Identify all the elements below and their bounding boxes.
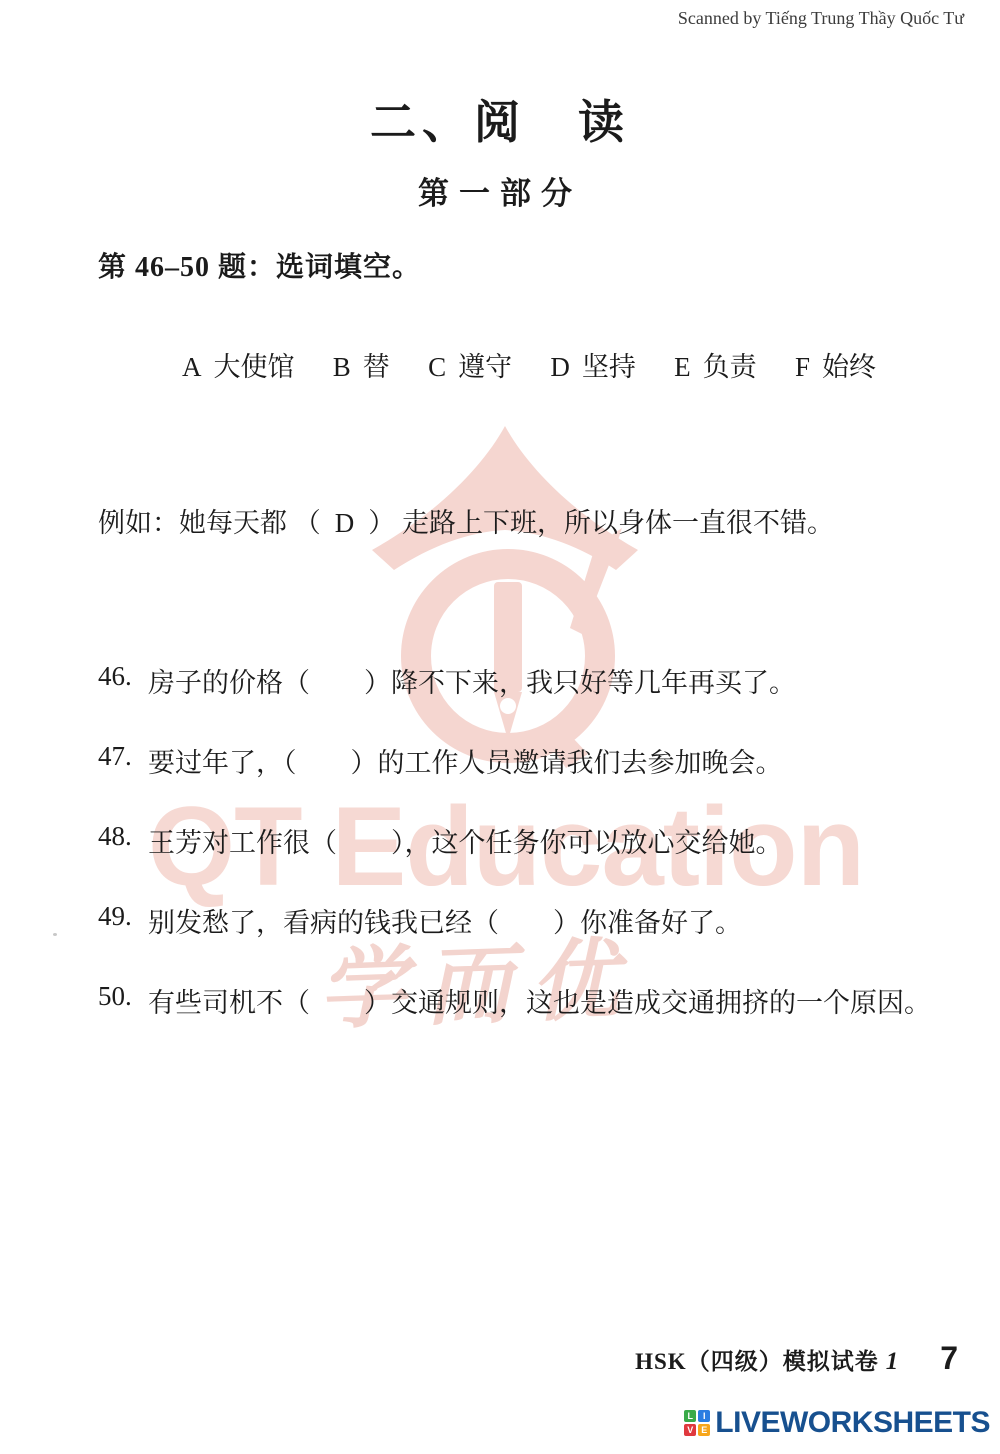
page-number: 7 — [940, 1340, 958, 1377]
question-46-number: 46. — [98, 661, 148, 700]
example-answer: D — [321, 508, 369, 538]
question-50-number: 50. — [98, 981, 148, 1020]
option-d-word: 坚持 — [582, 352, 636, 382]
question-49: 49. 别发愁了，看病的钱我已经（ ）你准备好了。 — [98, 901, 742, 940]
booklet-title: HSK（四级）模拟试卷 — [635, 1343, 879, 1376]
option-a-letter: A — [182, 352, 202, 382]
booklet-number: 1 — [886, 1348, 899, 1376]
option-b-letter: B — [333, 352, 351, 382]
liveworksheets-logo[interactable]: L I V E LIVEWORKSHEETS — [684, 1406, 990, 1440]
option-c-word: 遵守 — [458, 352, 512, 382]
option-e: E负责 — [674, 345, 757, 384]
option-d: D坚持 — [550, 345, 636, 384]
word-options-row: A大使馆 B替 C遵守 D坚持 E负责 F始终 — [182, 345, 876, 384]
page-footer: HSK（四级）模拟试卷 1 7 — [635, 1340, 958, 1377]
logo-square-e: E — [698, 1424, 710, 1436]
part-subtitle: 第一部分 — [0, 168, 1000, 213]
option-b: B替 — [333, 345, 390, 384]
question-47: 47. 要过年了，（ ）的工作人员邀请我们去参加晚会。 — [98, 741, 783, 780]
liveworksheets-wordmark: LIVEWORKSHEETS — [715, 1406, 990, 1440]
example-suffix: ） 走路上下班，所以身体一直很不错。 — [368, 508, 834, 538]
option-c: C遵守 — [428, 345, 512, 384]
question-47-number: 47. — [98, 741, 148, 780]
option-a: A大使馆 — [182, 345, 295, 384]
question-46: 46. 房子的价格（ ）降不下来，我只好等几年再买了。 — [98, 661, 796, 700]
question-49-number: 49. — [98, 901, 148, 940]
section-title: 二、阅 读 — [0, 86, 1000, 152]
scanned-exam-page: QT Education 学而优 Scanned by Tiếng Trung … — [0, 0, 1000, 1454]
option-b-word: 替 — [363, 352, 390, 382]
option-e-word: 负责 — [703, 352, 757, 382]
example-prefix: 例如：她每天都 （ — [98, 508, 321, 538]
question-50: 50. 有些司机不（ ）交通规则，这也是造成交通拥挤的一个原因。 — [98, 981, 931, 1020]
option-c-letter: C — [428, 352, 446, 382]
option-f-letter: F — [795, 352, 810, 382]
logo-square-v: V — [684, 1424, 696, 1436]
question-48-text: 王芳对工作很（ ），这个任务你可以放心交给她。 — [148, 821, 783, 860]
question-49-text: 别发愁了，看病的钱我已经（ ）你准备好了。 — [148, 901, 742, 940]
logo-square-l: L — [684, 1410, 696, 1422]
scan-credit: Scanned by Tiếng Trung Thầy Quốc Tư — [678, 8, 964, 29]
option-d-letter: D — [550, 352, 570, 382]
question-47-text: 要过年了，（ ）的工作人员邀请我们去参加晚会。 — [148, 741, 783, 780]
example-sentence: 例如：她每天都 （D） 走路上下班，所以身体一直很不错。 — [98, 501, 834, 540]
question-48: 48. 王芳对工作很（ ），这个任务你可以放心交给她。 — [98, 821, 783, 860]
option-f: F始终 — [795, 345, 876, 384]
question-50-text: 有些司机不（ ）交通规则，这也是造成交通拥挤的一个原因。 — [148, 981, 931, 1020]
instruction-line: 第 46–50 题：选词填空。 — [98, 245, 421, 285]
option-e-letter: E — [674, 352, 691, 382]
liveworksheets-grid-icon: L I V E — [684, 1410, 710, 1436]
question-48-number: 48. — [98, 821, 148, 860]
exam-content: Scanned by Tiếng Trung Thầy Quốc Tư 二、阅 … — [0, 0, 1000, 1454]
logo-square-i: I — [698, 1410, 710, 1422]
option-f-word: 始终 — [822, 352, 876, 382]
option-a-word: 大使馆 — [214, 352, 295, 382]
question-46-text: 房子的价格（ ）降不下来，我只好等几年再买了。 — [148, 661, 796, 700]
